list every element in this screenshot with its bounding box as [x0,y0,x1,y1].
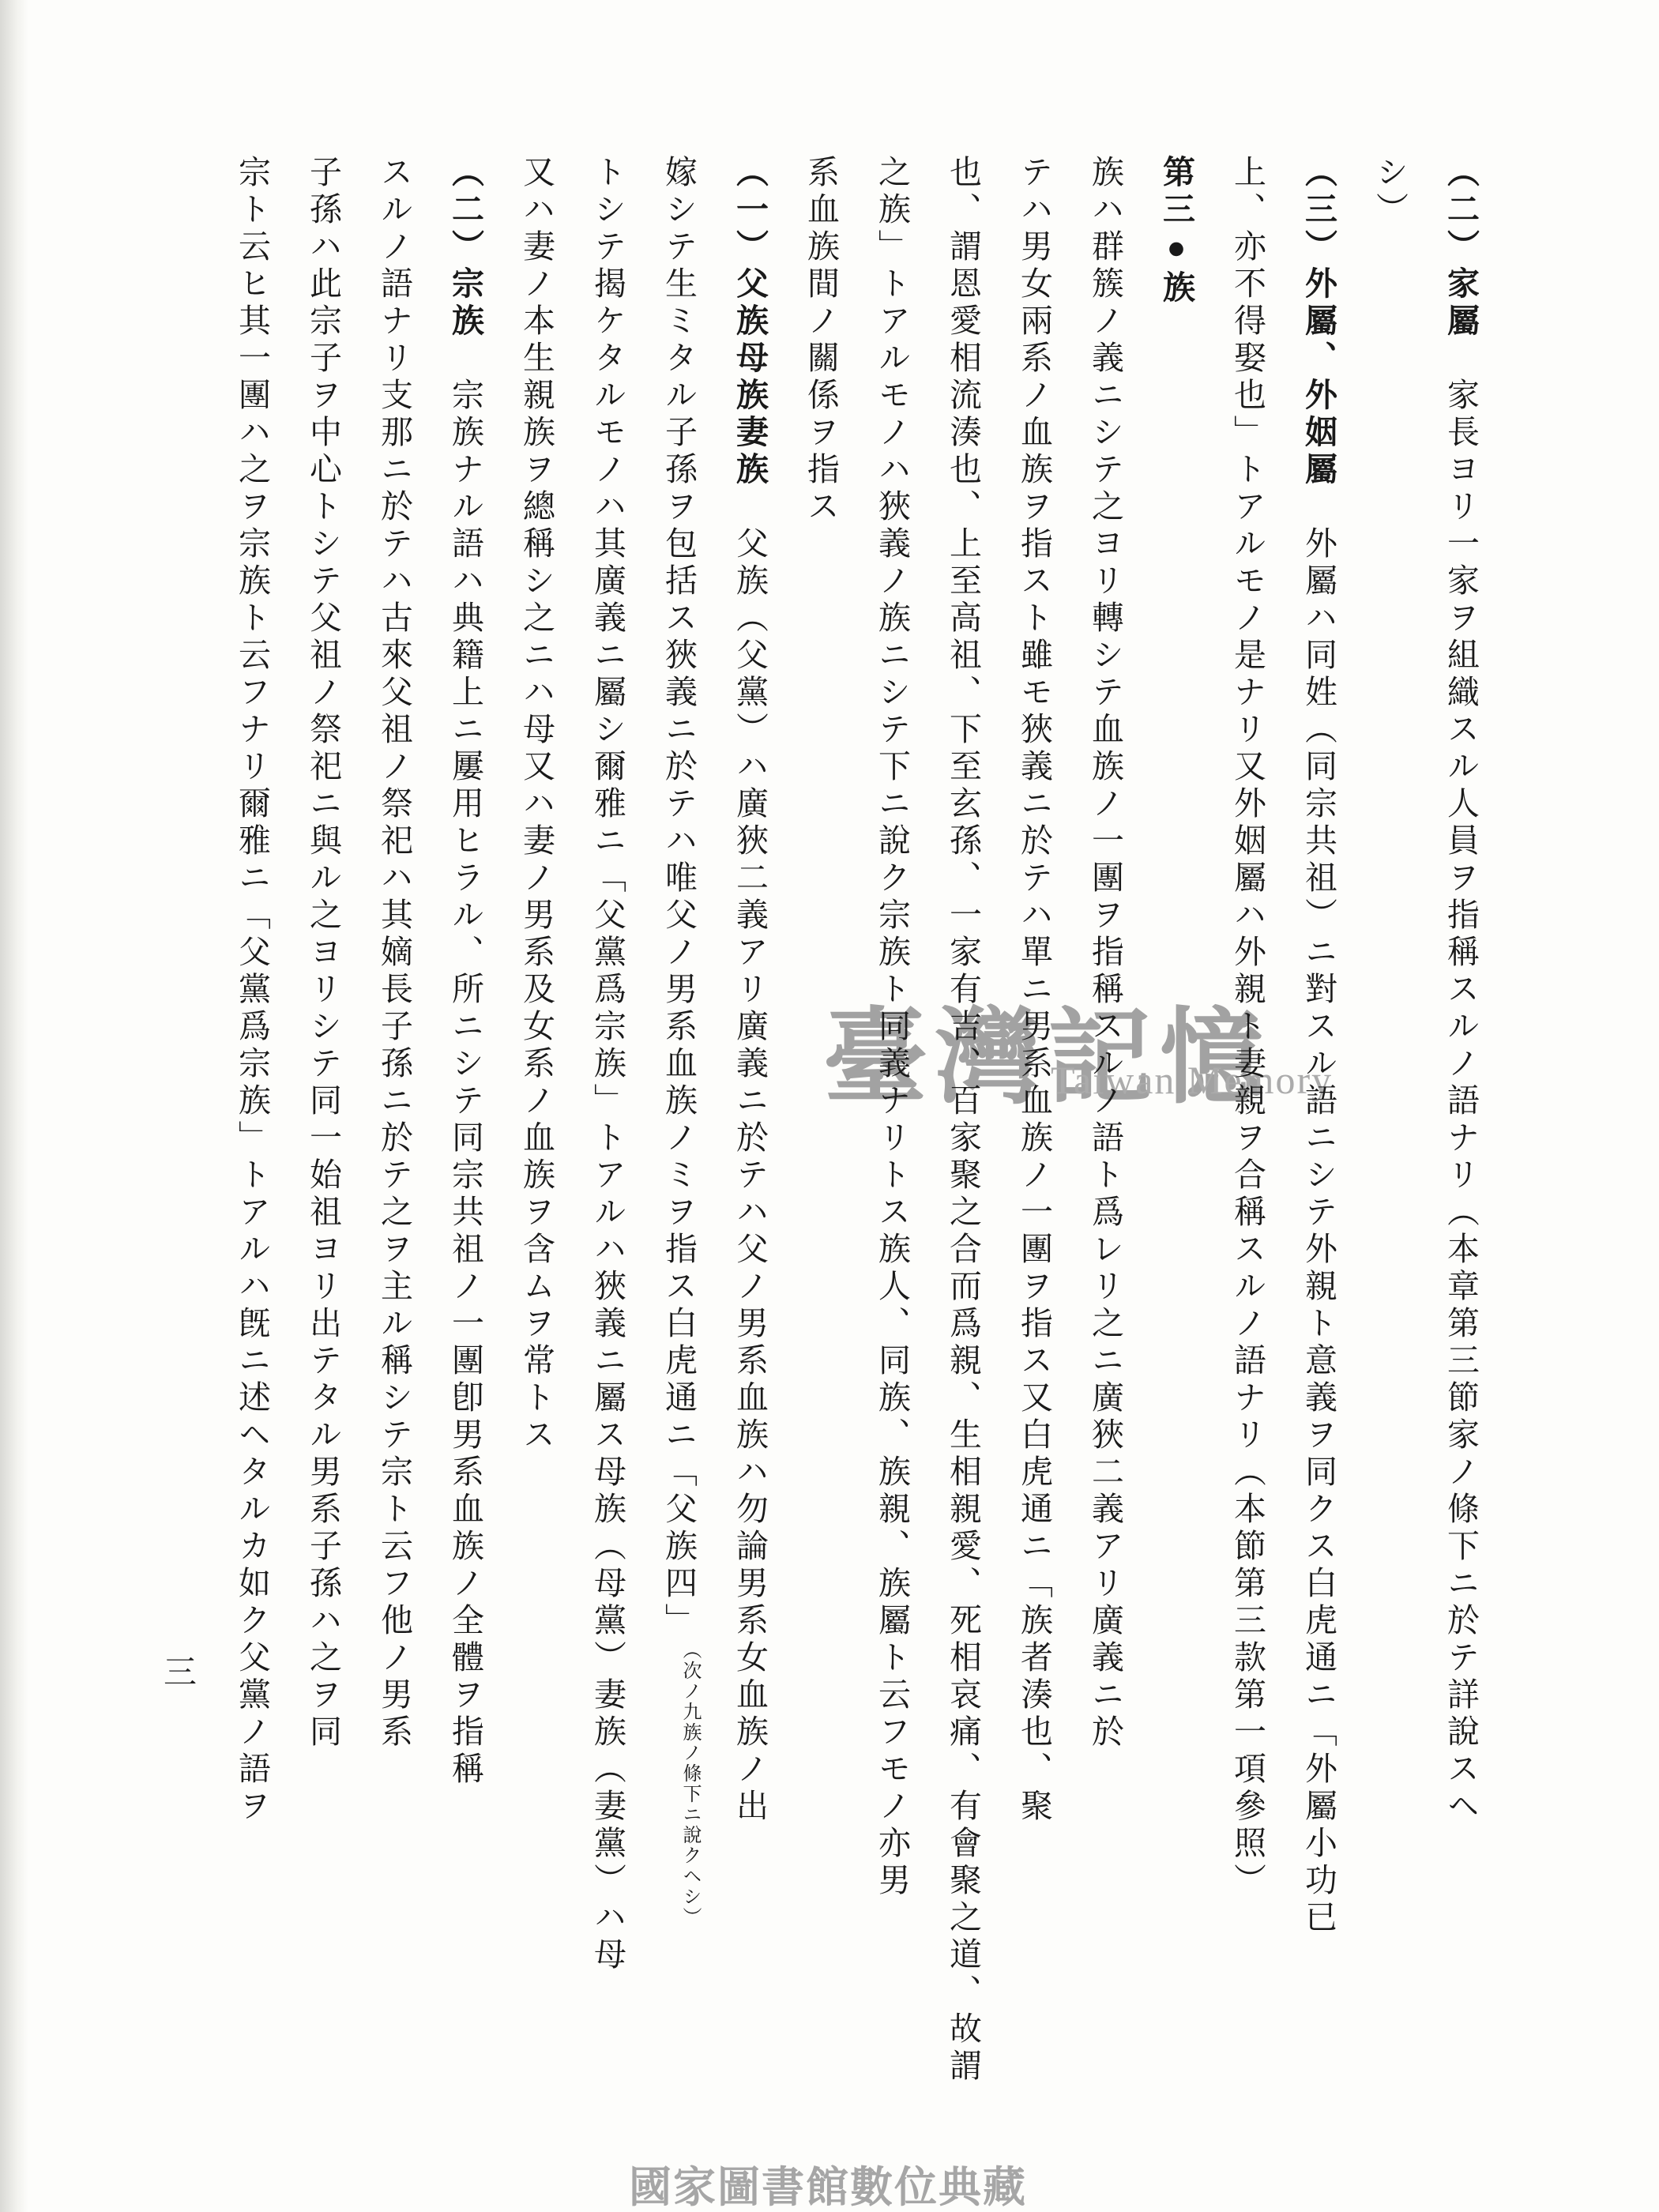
column-15: （二）宗族 宗族ナル語ハ典籍上ニ屢用ヒラル、所ニシテ同宗共祖ノ一團卽男系血族ノ全… [442,155,488,2114]
column-04: 上、亦不得娶也」トアルモノ是ナリ又外姻屬ハ外親ト妻親ヲ合稱スルノ語ナリ（本節第三… [1224,155,1270,2114]
heading-gaizoku: （三）外屬、外姻屬 [1300,155,1337,489]
column-07-text: テハ男女兩系ノ血族ヲ指スト雖モ狹義ニ於テハ單ニ男系血族ノ一團ヲ指ス又白虎通ニ「族… [1016,155,1052,1826]
column-18: 宗ト云ヒ其一團ハ之ヲ宗族ト云フナリ爾雅ニ「父黨爲宗族」トアルハ旣ニ述ヘタルカ如ク… [229,155,275,2114]
library-footer: 國家圖書館數位典藏 [629,2154,1027,2212]
column-02-text: シ） [1371,155,1408,229]
heading-fuzoku-bozoku-saizoku: （一）父族母族妻族 [732,155,768,489]
column-08-text: 也、謂恩愛相流湊也、上至高祖、下至玄孫、一家有吉、百家聚之合而爲親、生相親愛、死… [945,155,981,2086]
column-15-text: 宗族ナル語ハ典籍上ニ屢用ヒラル、所ニシテ同宗共祖ノ一團卽男系血族ノ全體ヲ指稱 [447,340,483,1789]
scanned-document-page: 臺灣記憶 Taiwan Memory （二）家屬 家長ヨリ一家ヲ組織スル人員ヲ指… [0,0,1659,2212]
page-edge-shadow [0,0,28,2212]
column-12: 嫁シテ生ミタル子孫ヲ包括ス狹義ニ於テハ唯父ノ男系血族ノミヲ指ス白虎通ニ「父族四」… [656,155,702,2114]
section-heading-daisan-zoku: 第三●族 [1158,155,1194,307]
heading-sozoku: （二）宗族 [447,155,483,340]
column-06: 族ハ群簇ノ義ニシテ之ヨリ轉シテ血族ノ一團ヲ指稱スルノ語ト爲レリ之ニ廣狹二義アリ廣… [1082,155,1128,2114]
column-13: トシテ揭ケタルモノハ其廣義ニ屬シ爾雅ニ「父黨爲宗族」トアルハ狹義ニ屬ス母族（母黨… [585,155,630,2114]
column-06-text: 族ハ群簇ノ義ニシテ之ヨリ轉シテ血族ノ一團ヲ指稱スルノ語ト爲レリ之ニ廣狹二義アリ廣… [1087,155,1123,1751]
column-13-text: トシテ揭ケタルモノハ其廣義ニ屬シ爾雅ニ「父黨爲宗族」トアルハ狹義ニ屬ス母族（母黨… [589,155,626,1974]
column-17-text: 子孫ハ此宗子ヲ中心トシテ父祖ノ祭祀ニ與ル之ヨリシテ同一始祖ヨリ出テタル男系子孫ハ… [305,155,341,1751]
vertical-text-block: （二）家屬 家長ヨリ一家ヲ組織スル人員ヲ指稱スルノ語ナリ（本章第三節家ノ條下ニ於… [204,155,1484,2114]
column-01-text: 家長ヨリ一家ヲ組織スル人員ヲ指稱スルノ語ナリ（本章第三節家ノ條下ニ於テ詳說スヘ [1443,340,1479,1826]
column-05: 第三●族 [1153,155,1199,2114]
page-number: 三 [153,1654,201,1687]
column-14: 又ハ妻ノ本生親族ヲ總稱シ之ニハ母又ハ妻ノ男系及女系ノ血族ヲ含ムヲ常トス [513,155,559,2114]
column-02: シ） [1367,155,1413,2114]
column-14-text: 又ハ妻ノ本生親族ヲ總稱シ之ニハ母又ハ妻ノ男系及女系ノ血族ヲ含ムヲ常トス [518,155,555,1454]
column-11: （一）父族母族妻族 父族（父黨）ハ廣狹二義アリ廣義ニ於テハ父ノ男系血族ハ勿論男系… [727,155,773,2114]
heading-kazoku: （二）家屬 [1443,155,1479,340]
column-04-text: 上、亦不得娶也」トアルモノ是ナリ又外姻屬ハ外親ト妻親ヲ合稱スルノ語ナリ（本節第三… [1229,155,1266,1900]
column-03-text: 外屬ハ同姓（同宗共祖）ニ對スル語ニシテ外親ト意義ヲ同クス白虎通ニ「外屬小功已 [1300,489,1337,1937]
column-01: （二）家屬 家長ヨリ一家ヲ組織スル人員ヲ指稱スルノ語ナリ（本章第三節家ノ條下ニ於… [1438,155,1484,2114]
column-16: スルノ語ナリ支那ニ於テハ古來父祖ノ祭祀ハ其嫡長子孫ニ於テ之ヲ主ル稱シテ宗ト云フ他… [371,155,417,2114]
column-12-text: 嫁シテ生ミタル子孫ヲ包括ス狹義ニ於テハ唯父ノ男系血族ノミヲ指ス白虎通ニ「父族四」 [660,155,697,1640]
column-08: 也、謂恩愛相流湊也、上至高祖、下至玄孫、一家有吉、百家聚之合而爲親、生相親愛、死… [940,155,986,2114]
column-18-text: 宗ト云ヒ其一團ハ之ヲ宗族ト云フナリ爾雅ニ「父黨爲宗族」トアルハ旣ニ述ヘタルカ如ク… [234,155,270,1826]
column-07: テハ男女兩系ノ血族ヲ指スト雖モ狹義ニ於テハ單ニ男系血族ノ一團ヲ指ス又白虎通ニ「族… [1011,155,1057,2114]
column-16-text: スルノ語ナリ支那ニ於テハ古來父祖ノ祭祀ハ其嫡長子孫ニ於テ之ヲ主ル稱シテ宗ト云フ他… [376,155,412,1751]
column-10: 系血族間ノ關係ヲ指ス [798,155,844,2114]
column-17: 子孫ハ此宗子ヲ中心トシテ父祖ノ祭祀ニ與ル之ヨリシテ同一始祖ヨリ出テタル男系子孫ハ… [300,155,346,2114]
column-09-text: 之族」トアルモノハ狹義ノ族ニシテ下ニ說ク宗族ト同義ナリトス族人、同族、族親、族屬… [874,155,910,1900]
column-09: 之族」トアルモノハ狹義ノ族ニシテ下ニ說ク宗族ト同義ナリトス族人、同族、族親、族屬… [869,155,915,2114]
column-03: （三）外屬、外姻屬 外屬ハ同姓（同宗共祖）ニ對スル語ニシテ外親ト意義ヲ同クス白虎… [1296,155,1341,2114]
column-10-text: 系血族間ノ關係ヲ指ス [803,155,839,526]
column-11-text: 父族（父黨）ハ廣狹二義アリ廣義ニ於テハ父ノ男系血族ハ勿論男系女血族ノ出 [732,489,768,1826]
interlinear-note: （次ノ九族ノ條下ニ說クヘシ） [678,1640,702,1818]
